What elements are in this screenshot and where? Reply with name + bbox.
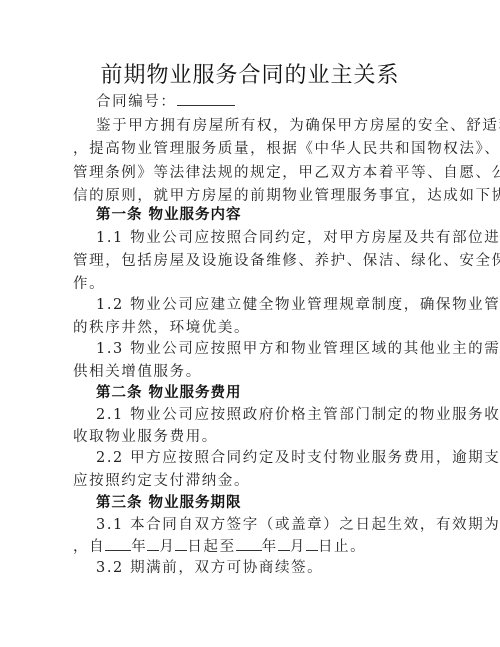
text-from: ，自 <box>73 539 105 555</box>
contract-number-label: 合同编号： <box>96 94 177 110</box>
text-to: 日起至 <box>187 539 235 555</box>
clause-1-2-line-2: 的秩序井然，环境优美。 <box>73 319 423 337</box>
article-1-heading: 第一条 物业服务内容 <box>96 206 446 224</box>
clause-3-1-line-2: ，自年月日起至年月日止。 <box>73 538 423 556</box>
end-day-blank <box>306 538 318 551</box>
clause-1-1-line-2: 管理，包括房屋及设施设备维修、养护、保洁、绿化、安全保卫等工 <box>73 252 423 270</box>
preamble-line-3: 管理条例》等法律法规的规定，甲乙双方本着平等、自愿、公平、诚 <box>73 164 423 182</box>
start-year-blank <box>105 538 131 551</box>
preamble-line-2: ，提高物业管理服务质量，根据《中华人民共和国物权法》、《物业 <box>73 140 423 158</box>
end-month-blank <box>278 538 290 551</box>
clause-2-1-line-1: 2.1 物业公司应按照政府价格主管部门制定的物业服务收费标准 <box>96 406 446 424</box>
clause-3-1-line-1: 3.1 本合同自双方签字（或盖章）之日起生效，有效期为年 <box>96 516 446 534</box>
text-month: 月 <box>159 539 175 555</box>
contract-number-line: 合同编号： <box>96 93 446 111</box>
document-title: 前期物业服务合同的业主关系 <box>0 58 500 89</box>
end-year-blank <box>236 538 262 551</box>
clause-1-1-line-1: 1.1 物业公司应按照合同约定，对甲方房屋及共有部位进行物业 <box>96 229 446 247</box>
clause-2-2-line-2: 应按照约定支付滞纳金。 <box>73 472 423 490</box>
article-3-heading: 第三条 物业服务期限 <box>96 494 446 512</box>
clause-1-3-line-2: 供相关增值服务。 <box>73 363 423 381</box>
text-year: 年 <box>131 539 147 555</box>
preamble-line-4: 信的原则，就甲方房屋的前期物业管理服务事宜，达成如下协议： <box>73 187 423 205</box>
document-page: 前期物业服务合同的业主关系 合同编号： 鉴于甲方拥有房屋所有权，为确保甲方房屋的… <box>0 0 500 647</box>
start-month-blank <box>147 538 159 551</box>
clause-1-3-line-1: 1.3 物业公司应按照甲方和物业管理区域的其他业主的需求，提 <box>96 340 446 358</box>
clause-2-1-line-2: 收取物业服务费用。 <box>73 428 423 446</box>
clause-1-1-line-3: 作。 <box>73 275 423 293</box>
clause-3-2: 3.2 期满前，双方可协商续签。 <box>96 559 446 577</box>
text-month-2: 月 <box>290 539 306 555</box>
article-2-heading: 第二条 物业服务费用 <box>96 384 446 402</box>
clause-1-2-line-1: 1.2 物业公司应建立健全物业管理规章制度，确保物业管理区域 <box>96 296 446 314</box>
contract-number-blank <box>177 93 235 106</box>
clause-3-1-text: 3.1 本合同自双方签字（或盖章）之日起生效，有效期为 <box>96 517 500 533</box>
text-year-2: 年 <box>262 539 278 555</box>
clause-2-2-line-1: 2.2 甲方应按照合同约定及时支付物业服务费用，逾期支付的， <box>96 449 446 467</box>
start-day-blank <box>175 538 187 551</box>
preamble-line-1: 鉴于甲方拥有房屋所有权，为确保甲方房屋的安全、舒适和整洁 <box>96 117 446 135</box>
text-end: 日止。 <box>318 539 366 555</box>
